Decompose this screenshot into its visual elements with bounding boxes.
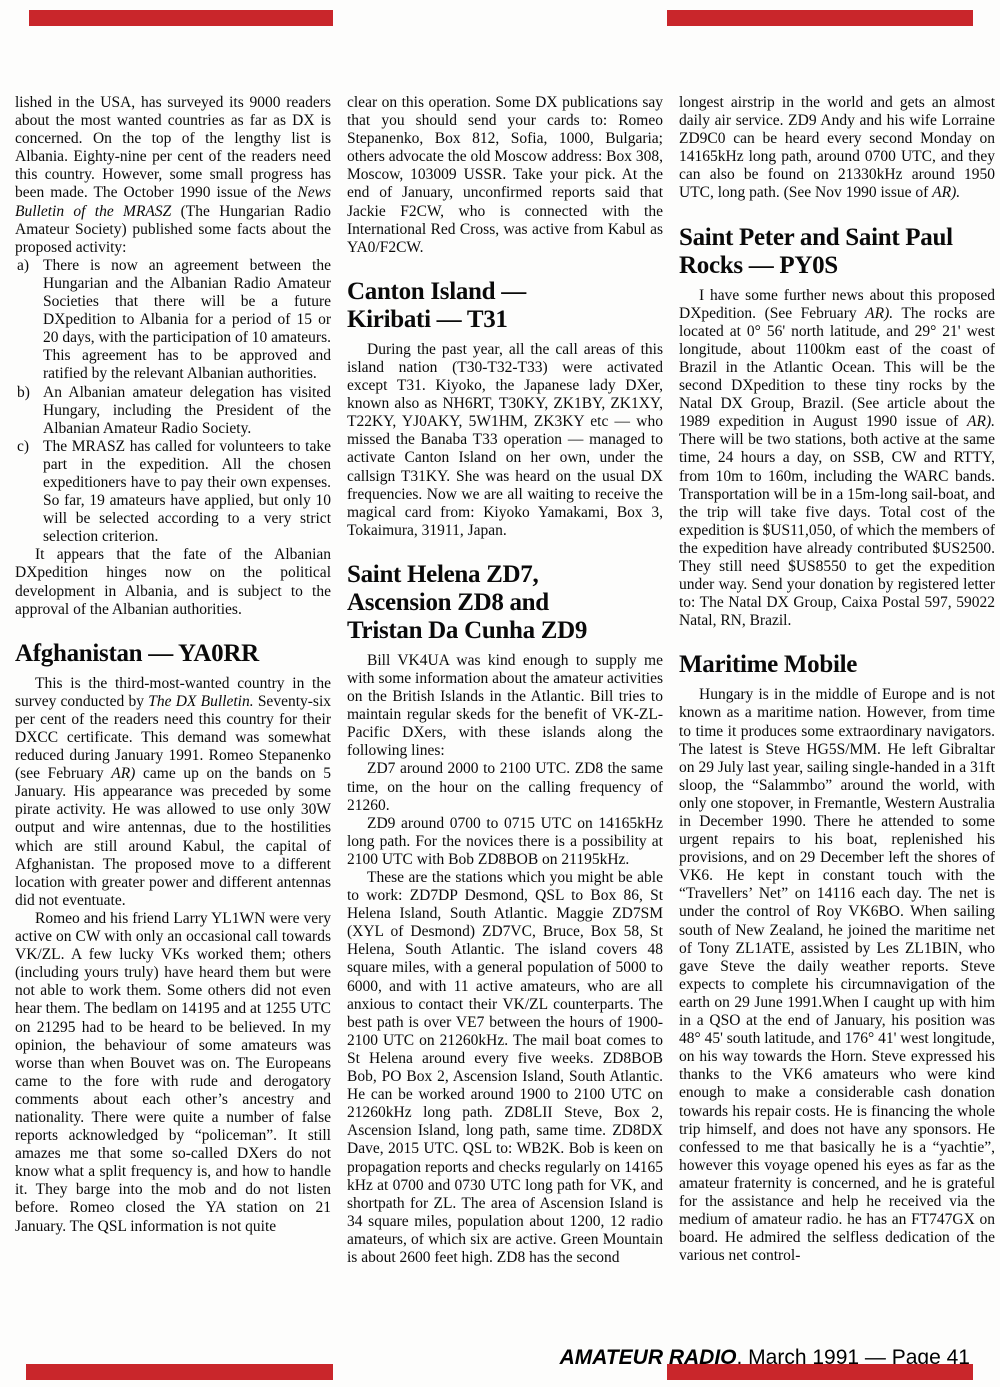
red-rule-bottom-right (667, 1364, 973, 1380)
text-run: The rocks are located at 0° 56' north la… (679, 305, 995, 431)
text-column-3: longest airstrip in the world and gets a… (679, 94, 995, 1338)
text-run: An Albanian amateur delegation has visit… (43, 384, 331, 437)
text-column-2: clear on this operation. Some DX publica… (347, 94, 663, 1338)
paragraph: During the past year, all the call areas… (347, 341, 663, 540)
article-columns: lished in the USA, has surveyed its 9000… (15, 94, 995, 1338)
list-item-c: c)The MRASZ has called for volunteers to… (15, 438, 331, 547)
paragraph: It appears that the fate of the Albanian… (15, 546, 331, 618)
paragraph: This is the third-most-wanted country in… (15, 675, 331, 910)
section-heading: Maritime Mobile (679, 651, 995, 679)
italic-text-run: AR) (111, 765, 135, 782)
paragraph: lished in the USA, has surveyed its 9000… (15, 94, 331, 257)
red-rule-bottom-left (26, 1364, 333, 1380)
paragraph: ZD7 around 2000 to 2100 UTC. ZD8 the sam… (347, 760, 663, 814)
red-rule-top-right (667, 10, 973, 26)
paragraph: These are the stations which you might b… (347, 869, 663, 1267)
list-marker: a) (17, 257, 29, 275)
paragraph: Bill VK4UA was kind enough to supply me … (347, 652, 663, 761)
paragraph: I have some further news about this prop… (679, 287, 995, 631)
text-run: Romeo and his friend Larry YL1WN were ve… (15, 910, 331, 1235)
text-run: lished in the USA, has surveyed its 9000… (15, 94, 331, 201)
italic-text-run: The DX Bulletin. (148, 693, 253, 710)
list-marker: b) (17, 384, 30, 402)
list-marker: c) (17, 438, 29, 456)
text-run: The MRASZ has called for volunteers to t… (43, 438, 331, 545)
section-heading: Saint Helena ZD7, Ascension ZD8 and Tris… (347, 561, 663, 645)
paragraph: clear on this operation. Some DX publica… (347, 94, 663, 257)
section-heading: Afghanistan — YA0RR (15, 640, 331, 668)
red-rule-top-left (29, 10, 333, 26)
paragraph: ZD9 around 0700 to 0715 UTC on 14165kHz … (347, 815, 663, 869)
text-run: Hungary is in the middle of Europe and i… (679, 686, 995, 1264)
text-run: During the past year, all the call areas… (347, 341, 663, 539)
magazine-page: lished in the USA, has surveyed its 9000… (0, 0, 1000, 1387)
list-item-a: a)There is now an agreement between the … (15, 257, 331, 384)
text-run: came up on the bands on 5 January. His a… (15, 765, 331, 909)
list-item-b: b)An Albanian amateur delegation has vis… (15, 384, 331, 438)
paragraph: Romeo and his friend Larry YL1WN were ve… (15, 910, 331, 1236)
text-run: It appears that the fate of the Albanian… (15, 546, 331, 617)
text-run: There will be two stations, both active … (679, 431, 995, 629)
paragraph: Hungary is in the middle of Europe and i… (679, 686, 995, 1265)
italic-text-run: AR). (865, 305, 893, 322)
text-run: These are the stations which you might b… (347, 869, 663, 1266)
paragraph: longest airstrip in the world and gets a… (679, 94, 995, 203)
italic-text-run: AR). (932, 184, 960, 201)
section-heading: Saint Peter and Saint Paul Rocks — PY0S (679, 224, 995, 280)
section-heading: Canton Island — Kiribati — T31 (347, 278, 663, 334)
text-run: ZD7 around 2000 to 2100 UTC. ZD8 the sam… (347, 760, 663, 813)
text-run: There is now an agreement between the Hu… (43, 257, 331, 383)
text-run: ZD9 around 0700 to 0715 UTC on 14165kHz … (347, 815, 663, 868)
text-run: Bill VK4UA was kind enough to supply me … (347, 652, 663, 759)
text-run: clear on this operation. Some DX publica… (347, 94, 663, 256)
text-column-1: lished in the USA, has surveyed its 9000… (15, 94, 331, 1338)
italic-text-run: AR). (967, 413, 995, 430)
